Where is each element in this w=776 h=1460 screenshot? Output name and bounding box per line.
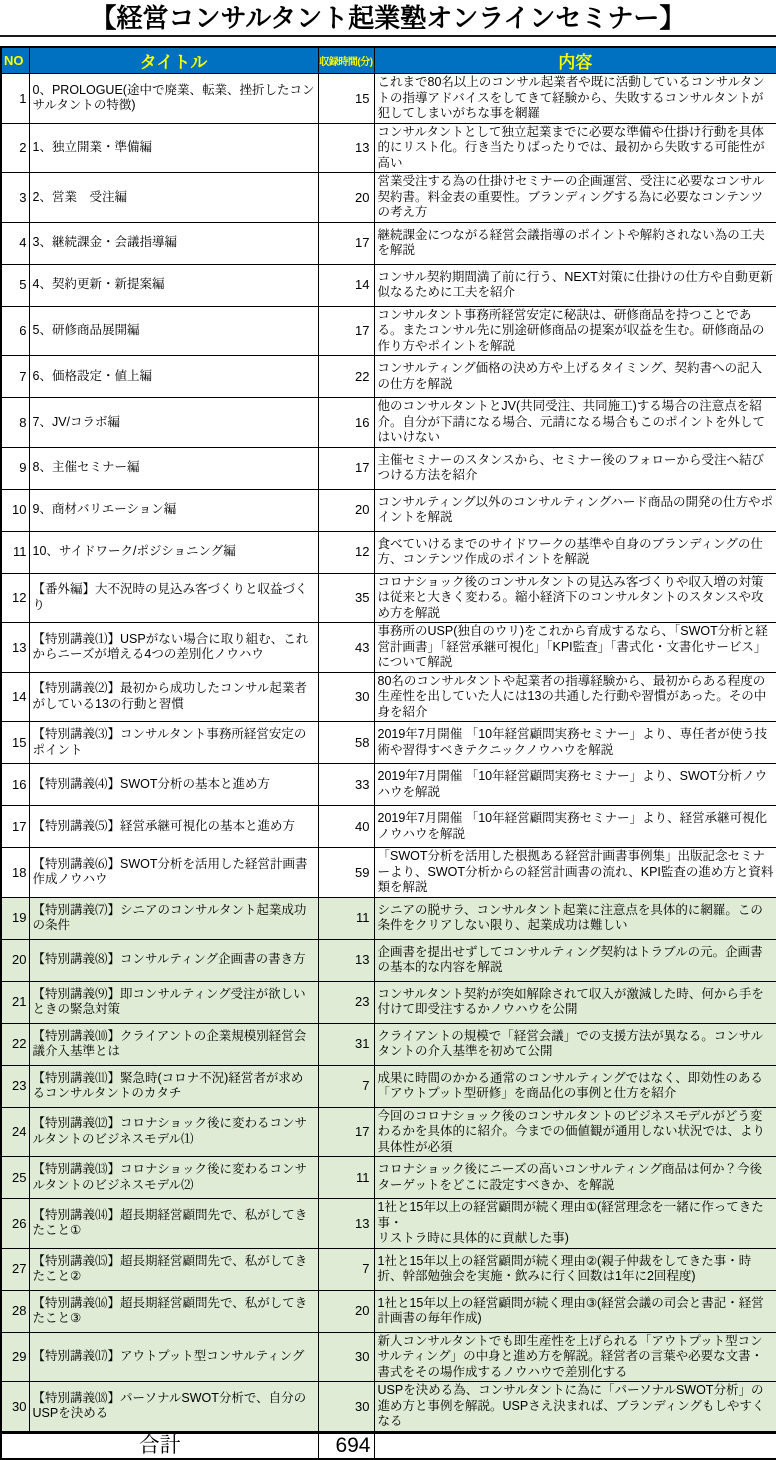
row-minutes-cell: 30 (318, 672, 374, 722)
row-number-cell: 12 (1, 573, 29, 623)
row-content-cell: クライアントの規模で「経営会議」での支援方法が異なる。コンサルタントの介入基準を… (374, 1023, 776, 1065)
row-minutes-cell: 17 (318, 447, 374, 489)
table-row: 1 0、PROLOGUE(途中で廃業、転業、挫折したコンサルタントの特徴) 15… (1, 74, 776, 124)
row-content-cell: 今回のコロナショック後のコンサルタントのビジネスモデルがどう変わるかを具体的に紹… (374, 1107, 776, 1157)
table-row: 24 【特別講義⑿】コロナショック後に変わるコンサルタントのビジネスモデル⑴ 1… (1, 1107, 776, 1157)
row-content-cell: 1社と15年以上の経営顧問が続く理由③(経営会議の司会と書記・経営計画書の毎年作… (374, 1290, 776, 1332)
row-content-cell: 食べていけるまでのサイドワークの基準や自身のブランディングの仕方、コンテンツ作成… (374, 531, 776, 573)
row-content-cell: 1社と15年以上の経営顧問が続く理由①(経営理念を一緒に作ってきた事・ リストラ… (374, 1199, 776, 1249)
row-minutes-cell: 20 (318, 173, 374, 223)
row-number-cell: 10 (1, 489, 29, 531)
row-number-cell: 21 (1, 981, 29, 1023)
table-row: 19 【特別講義⑺】シニアのコンサルタント起業成功の条件 11 シニアの脱サラ、… (1, 897, 776, 939)
table-body: 1 0、PROLOGUE(途中で廃業、転業、挫折したコンサルタントの特徴) 15… (1, 74, 776, 1433)
row-number-cell: 9 (1, 447, 29, 489)
row-content-cell: コンサルタントとして独立起業までに必要な準備や仕掛け行動を具体的にリスト化。行き… (374, 123, 776, 173)
row-minutes-cell: 35 (318, 573, 374, 623)
row-title-cell: 【番外編】大不況時の見込み客づくりと収益づくり (29, 573, 318, 623)
row-title-cell: 0、PROLOGUE(途中で廃業、転業、挫折したコンサルタントの特徴) (29, 74, 318, 124)
row-title-cell: 8、主催セミナー編 (29, 447, 318, 489)
row-minutes-cell: 20 (318, 489, 374, 531)
header-row: NO タイトル 収録時間(分) 内容 (1, 47, 776, 74)
row-minutes-cell: 30 (318, 1332, 374, 1382)
row-number-cell: 25 (1, 1157, 29, 1199)
row-number-cell: 6 (1, 306, 29, 356)
row-minutes-cell: 30 (318, 1382, 374, 1433)
row-minutes-cell: 33 (318, 764, 374, 806)
row-minutes-cell: 20 (318, 1290, 374, 1332)
table-row: 17 【特別講義⑸】経営承継可視化の基本と進め方 40 2019年7月開催 「1… (1, 806, 776, 848)
row-number-cell: 22 (1, 1023, 29, 1065)
row-number-cell: 19 (1, 897, 29, 939)
row-title-cell: 2、営業 受注編 (29, 173, 318, 223)
table-row: 2 1、独立開業・準備編 13 コンサルタントとして独立起業までに必要な準備や仕… (1, 123, 776, 173)
page-header: 【経営コンサルタント起業塾オンラインセミナー】 (0, 0, 776, 46)
table-row: 25 【特別講義⒀】コロナショック後に変わるコンサルタントのビジネスモデル⑵ 1… (1, 1157, 776, 1199)
table-header: NO タイトル 収録時間(分) 内容 (1, 47, 776, 74)
row-title-cell: 【特別講義⑼】即コンサルティング受注が欲しいときの緊急対策 (29, 981, 318, 1023)
row-content-cell: 1社と15年以上の経営顧問が続く理由②(親子仲裁をしてきた事・時折、幹部勉強会を… (374, 1248, 776, 1290)
row-title-cell: 【特別講義⒁】超長期経営顧問先で、私がしてきたこと① (29, 1199, 318, 1249)
row-content-cell: コロナショック後のコンサルタントの見込み客づくりや収入増の対策は従来と大きく変わ… (374, 573, 776, 623)
total-minutes: 694 (318, 1432, 374, 1459)
row-title-cell: 【特別講義⒅】パーソナルSWOT分析で、自分のUSPを決める (29, 1382, 318, 1433)
col-header-title: タイトル (29, 47, 318, 74)
row-number-cell: 24 (1, 1107, 29, 1157)
row-minutes-cell: 17 (318, 306, 374, 356)
row-content-cell: 80名のコンサルタントや起業者の指導経験から、最初からある程度の生産性を出してい… (374, 672, 776, 722)
table-footer: 合計 694 (1, 1432, 776, 1459)
table-row: 26 【特別講義⒁】超長期経営顧問先で、私がしてきたこと① 13 1社と15年以… (1, 1199, 776, 1249)
row-minutes-cell: 16 (318, 398, 374, 448)
row-minutes-cell: 17 (318, 222, 374, 264)
total-label: 合計 (1, 1432, 318, 1459)
table-row: 11 10、サイドワーク/ポジショニング編 12 食べていけるまでのサイドワーク… (1, 531, 776, 573)
row-minutes-cell: 12 (318, 531, 374, 573)
row-minutes-cell: 13 (318, 939, 374, 981)
seminar-table: NO タイトル 収録時間(分) 内容 1 0、PROLOGUE(途中で廃業、転業… (0, 46, 776, 1460)
row-content-cell: シニアの脱サラ、コンサルタント起業に注意点を具体的に網羅。この条件をクリアしない… (374, 897, 776, 939)
row-minutes-cell: 17 (318, 1107, 374, 1157)
title-divider (0, 35, 776, 37)
row-minutes-cell: 13 (318, 1199, 374, 1249)
row-title-cell: 【特別講義⑷】SWOT分析の基本と進め方 (29, 764, 318, 806)
col-header-content: 内容 (374, 47, 776, 74)
row-minutes-cell: 22 (318, 356, 374, 398)
row-number-cell: 1 (1, 74, 29, 124)
table-row: 18 【特別講義⑹】SWOT分析を活用した経営計画書作成ノウハウ 59 「SWO… (1, 848, 776, 898)
table-row: 27 【特別講義⒂】超長期経営顧問先で、私がしてきたこと② 7 1社と15年以上… (1, 1248, 776, 1290)
table-row: 28 【特別講義⒃】超長期経営顧問先で、私がしてきたこと③ 20 1社と15年以… (1, 1290, 776, 1332)
row-number-cell: 7 (1, 356, 29, 398)
row-minutes-cell: 31 (318, 1023, 374, 1065)
row-content-cell: 企画書を提出せずしてコンサルティング契約はトラブルの元。企画書の基本的な内容を解… (374, 939, 776, 981)
table-row: 12 【番外編】大不況時の見込み客づくりと収益づくり 35 コロナショック後のコ… (1, 573, 776, 623)
row-title-cell: 3、継続課金・会議指導編 (29, 222, 318, 264)
row-number-cell: 16 (1, 764, 29, 806)
col-header-no: NO (1, 47, 29, 74)
row-content-cell: 新人コンサルタントでも即生産性を上げられる「アウトプット型コンサルティング」の中… (374, 1332, 776, 1382)
row-number-cell: 26 (1, 1199, 29, 1249)
table-row: 23 【特別講義⑾】緊急時(コロナ不況)経営者が求めるコンサルタントのカタチ 7… (1, 1065, 776, 1107)
table-row: 29 【特別講義⒄】アウトプット型コンサルティング 30 新人コンサルタントでも… (1, 1332, 776, 1382)
row-title-cell: 5、研修商品展開編 (29, 306, 318, 356)
table-row: 4 3、継続課金・会議指導編 17 継続課金につながる経営会議指導のポイントや解… (1, 222, 776, 264)
row-minutes-cell: 58 (318, 722, 374, 764)
row-number-cell: 27 (1, 1248, 29, 1290)
table-row: 10 9、商材バリエーション編 20 コンサルティング以外のコンサルティングハー… (1, 489, 776, 531)
row-content-cell: 事務所のUSP(独自のウリ)をこれから育成するなら、「SWOT分析と経営計画書」… (374, 623, 776, 673)
row-content-cell: USPを決める為、コンサルタントに為に「パーソナルSWOT分析」の進め方と事例を… (374, 1382, 776, 1433)
page-title: 【経営コンサルタント起業塾オンラインセミナー】 (0, 0, 776, 34)
row-title-cell: 【特別講義⒃】超長期経営顧問先で、私がしてきたこと③ (29, 1290, 318, 1332)
row-title-cell: 【特別講義⒄】アウトプット型コンサルティング (29, 1332, 318, 1382)
table-row: 15 【特別講義⑶】コンサルタント事務所経営安定のポイント 58 2019年7月… (1, 722, 776, 764)
row-content-cell: コンサル契約期間満了前に行う、NEXT対策に仕掛けの仕方や自動更新似なるために工… (374, 264, 776, 306)
table-row: 6 5、研修商品展開編 17 コンサルタント事務所経営安定に秘訣は、研修商品を持… (1, 306, 776, 356)
row-number-cell: 2 (1, 123, 29, 173)
table-row: 22 【特別講義⑽】クライアントの企業規模別経営会議介入基準とは 31 クライア… (1, 1023, 776, 1065)
row-content-cell: 他のコンサルタントとJV(共同受注、共同施工)する場合の注意点を紹介。自分が下請… (374, 398, 776, 448)
row-title-cell: 1、独立開業・準備編 (29, 123, 318, 173)
table-row: 21 【特別講義⑼】即コンサルティング受注が欲しいときの緊急対策 23 コンサル… (1, 981, 776, 1023)
row-title-cell: 【特別講義⒂】超長期経営顧問先で、私がしてきたこと② (29, 1248, 318, 1290)
row-number-cell: 29 (1, 1332, 29, 1382)
row-title-cell: 【特別講義⑿】コロナショック後に変わるコンサルタントのビジネスモデル⑴ (29, 1107, 318, 1157)
row-number-cell: 18 (1, 848, 29, 898)
table-row: 8 7、JV/コラボ編 16 他のコンサルタントとJV(共同受注、共同施工)する… (1, 398, 776, 448)
row-minutes-cell: 14 (318, 264, 374, 306)
row-content-cell: 成果に時間のかかる通常のコンサルティングではなく、即効性のある「アウトプット型研… (374, 1065, 776, 1107)
row-number-cell: 5 (1, 264, 29, 306)
row-number-cell: 17 (1, 806, 29, 848)
row-minutes-cell: 7 (318, 1065, 374, 1107)
row-minutes-cell: 23 (318, 981, 374, 1023)
row-title-cell: 【特別講義⑶】コンサルタント事務所経営安定のポイント (29, 722, 318, 764)
row-minutes-cell: 59 (318, 848, 374, 898)
row-content-cell: 2019年7月開催 「10年経営顧問実務セミナー」より、経営承継可視化ノウハウを… (374, 806, 776, 848)
table-row: 3 2、営業 受注編 20 営業受注する為の仕掛けセミナーの企画運営、受注に必要… (1, 173, 776, 223)
row-minutes-cell: 43 (318, 623, 374, 673)
table-row: 20 【特別講義⑻】コンサルティング企画書の書き方 13 企画書を提出せずしてコ… (1, 939, 776, 981)
col-header-minutes: 収録時間(分) (318, 47, 374, 74)
row-title-cell: 【特別講義⑺】シニアのコンサルタント起業成功の条件 (29, 897, 318, 939)
row-minutes-cell: 11 (318, 1157, 374, 1199)
total-row: 合計 694 (1, 1432, 776, 1459)
row-number-cell: 15 (1, 722, 29, 764)
row-number-cell: 4 (1, 222, 29, 264)
row-content-cell: 「SWOT分析を活用した根拠ある経営計画書事例集」出版記念セミナーより、SWOT… (374, 848, 776, 898)
table-row: 14 【特別講義⑵】最初から成功したコンサル起業者がしている13の行動と習慣 3… (1, 672, 776, 722)
row-number-cell: 30 (1, 1382, 29, 1433)
row-title-cell: 9、商材バリエーション編 (29, 489, 318, 531)
row-minutes-cell: 7 (318, 1248, 374, 1290)
row-number-cell: 28 (1, 1290, 29, 1332)
row-content-cell: 2019年7月開催 「10年経営顧問実務セミナー」より、SWOT分析ノウハウを解… (374, 764, 776, 806)
row-minutes-cell: 40 (318, 806, 374, 848)
table-row: 5 4、契約更新・新提案編 14 コンサル契約期間満了前に行う、NEXT対策に仕… (1, 264, 776, 306)
row-title-cell: 【特別講義⒀】コロナショック後に変わるコンサルタントのビジネスモデル⑵ (29, 1157, 318, 1199)
row-number-cell: 20 (1, 939, 29, 981)
row-content-cell: コンサルタント契約が突如解除されて収入が激減した時、何から手を付けて即受注するか… (374, 981, 776, 1023)
row-content-cell: 継続課金につながる経営会議指導のポイントや解約されない為の工夫を解説 (374, 222, 776, 264)
row-number-cell: 23 (1, 1065, 29, 1107)
table-row: 9 8、主催セミナー編 17 主催セミナーのスタンスから、セミナー後のフォローか… (1, 447, 776, 489)
row-minutes-cell: 15 (318, 74, 374, 124)
row-title-cell: 【特別講義⑹】SWOT分析を活用した経営計画書作成ノウハウ (29, 848, 318, 898)
row-title-cell: 【特別講義⑾】緊急時(コロナ不況)経営者が求めるコンサルタントのカタチ (29, 1065, 318, 1107)
row-minutes-cell: 13 (318, 123, 374, 173)
row-content-cell: 主催セミナーのスタンスから、セミナー後のフォローから受注へ結びつける方法を紹介 (374, 447, 776, 489)
row-title-cell: 【特別講義⑻】コンサルティング企画書の書き方 (29, 939, 318, 981)
row-content-cell: コロナショック後にニーズの高いコンサルティング商品は何か？今後ターゲットをどこに… (374, 1157, 776, 1199)
row-content-cell: 2019年7月開催 「10年経営顧問実務セミナー」より、専任者が使う技術や習得す… (374, 722, 776, 764)
table-row: 16 【特別講義⑷】SWOT分析の基本と進め方 33 2019年7月開催 「10… (1, 764, 776, 806)
row-title-cell: 【特別講義⑴】USPがない場合に取り組む、これからニーズが増える4つの差別化ノウ… (29, 623, 318, 673)
row-title-cell: 10、サイドワーク/ポジショニング編 (29, 531, 318, 573)
row-content-cell: これまで80名以上のコンサル起業者や既に活動しているコンサルタントの指導アドバイ… (374, 74, 776, 124)
row-minutes-cell: 11 (318, 897, 374, 939)
row-title-cell: 【特別講義⑵】最初から成功したコンサル起業者がしている13の行動と習慣 (29, 672, 318, 722)
table-row: 13 【特別講義⑴】USPがない場合に取り組む、これからニーズが増える4つの差別… (1, 623, 776, 673)
row-title-cell: 【特別講義⑸】経営承継可視化の基本と進め方 (29, 806, 318, 848)
row-number-cell: 3 (1, 173, 29, 223)
row-content-cell: コンサルタント事務所経営安定に秘訣は、研修商品を持つことである。またコンサル先に… (374, 306, 776, 356)
row-title-cell: 6、価格設定・値上編 (29, 356, 318, 398)
row-number-cell: 11 (1, 531, 29, 573)
row-number-cell: 13 (1, 623, 29, 673)
row-content-cell: コンサルティング価格の決め方や上げるタイミング、契約書への記入の仕方を解説 (374, 356, 776, 398)
table-row: 7 6、価格設定・値上編 22 コンサルティング価格の決め方や上げるタイミング、… (1, 356, 776, 398)
row-number-cell: 14 (1, 672, 29, 722)
table-row: 30 【特別講義⒅】パーソナルSWOT分析で、自分のUSPを決める 30 USP… (1, 1382, 776, 1433)
row-number-cell: 8 (1, 398, 29, 448)
total-empty-cell (374, 1432, 776, 1459)
row-title-cell: 4、契約更新・新提案編 (29, 264, 318, 306)
row-content-cell: コンサルティング以外のコンサルティングハード商品の開発の仕方やポイントを解説 (374, 489, 776, 531)
row-title-cell: 7、JV/コラボ編 (29, 398, 318, 448)
row-title-cell: 【特別講義⑽】クライアントの企業規模別経営会議介入基準とは (29, 1023, 318, 1065)
row-content-cell: 営業受注する為の仕掛けセミナーの企画運営、受注に必要なコンサル契約書。料金表の重… (374, 173, 776, 223)
